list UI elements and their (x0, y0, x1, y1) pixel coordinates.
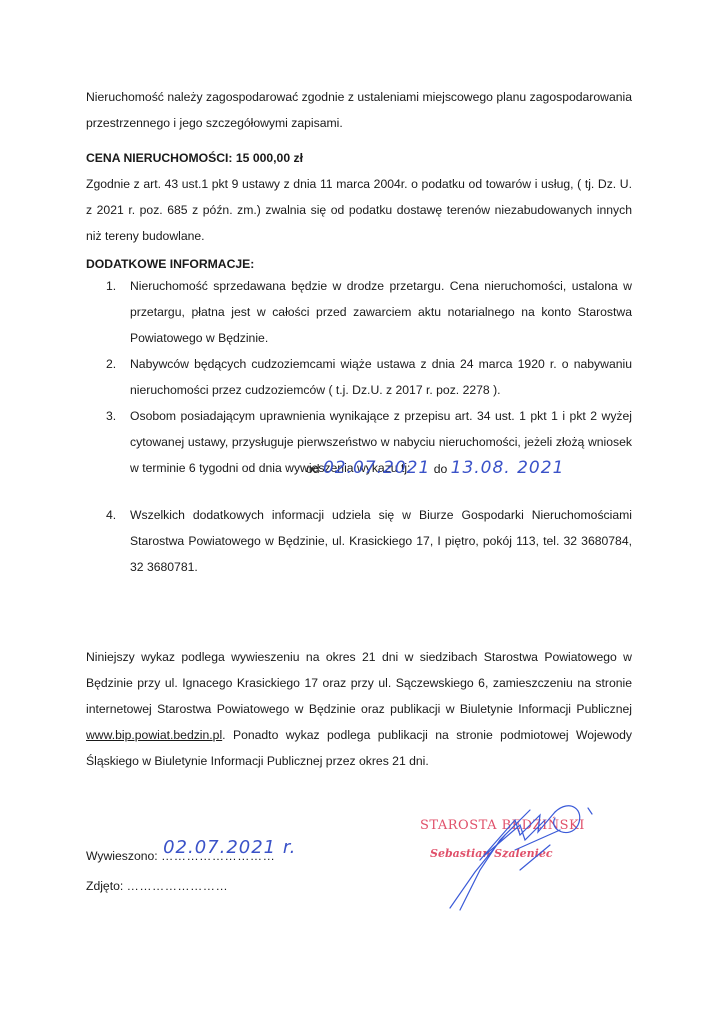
posted-date: 02.07.2021 r. (163, 838, 296, 858)
removed-label: Zdjęto: (86, 879, 123, 893)
publication-notice: Niniejszy wykaz podlega wywieszeniu na o… (86, 644, 632, 774)
price-label: CENA NIERUCHOMOŚCI: (86, 151, 232, 165)
priority-period: od 02.07.2021 do 13.08. 2021 (306, 452, 564, 485)
notice-text: Niniejszy wykaz podlega wywieszeniu na o… (86, 650, 632, 716)
period-from-label: od (306, 462, 320, 476)
list-item-text: Wszelkich dodatkowych informacji udziela… (130, 508, 632, 574)
list-item-text: Nieruchomość sprzedawana będzie w drodze… (130, 279, 632, 345)
list-item-number: 4. (106, 502, 116, 528)
removed-dots: …………………… (127, 879, 229, 893)
posted-field: Wywieszono: ……………………… 02.07.2021 r. (86, 846, 275, 866)
official-stamp: STAROSTA BĘDZIŃSKI Sebastian Szaleniec (420, 800, 620, 920)
list-item-number: 2. (106, 351, 116, 377)
list-item-number: 1. (106, 273, 116, 299)
additional-info-list-continued: 4. Wszelkich dodatkowych informacji udzi… (86, 502, 632, 580)
list-item-text: Nabywców będących cudzoziemcami wiąże us… (130, 357, 632, 397)
period-to-date: 13.08. 2021 (451, 458, 565, 478)
list-item: 1. Nieruchomość sprzedawana będzie w dro… (86, 273, 632, 351)
document-page: Nieruchomość należy zagospodarować zgodn… (0, 0, 720, 1018)
period-to-label: do (434, 462, 448, 476)
price-tax-note: Zgodnie z art. 43 ust.1 pkt 9 ustawy z d… (86, 171, 632, 249)
intro-paragraph: Nieruchomość należy zagospodarować zgodn… (86, 84, 632, 136)
list-item: 2. Nabywców będących cudzoziemcami wiąże… (86, 351, 632, 403)
period-from-date: 02.07.2021 (323, 458, 430, 478)
posted-value: ……………………… 02.07.2021 r. (161, 846, 275, 866)
list-item-number: 3. (106, 403, 116, 429)
removed-field: Zdjęto: …………………… (86, 876, 228, 896)
list-item: 4. Wszelkich dodatkowych informacji udzi… (86, 502, 632, 580)
additional-info-list: 1. Nieruchomość sprzedawana będzie w dro… (86, 273, 632, 481)
posted-label: Wywieszono: (86, 849, 158, 863)
signature-icon (420, 800, 620, 920)
bip-link[interactable]: www.bip.powiat.bedzin.pl (86, 728, 222, 742)
price-heading: CENA NIERUCHOMOŚCI: 15 000,00 zł (86, 145, 632, 171)
price-amount: 15 000,00 zł (236, 151, 303, 165)
